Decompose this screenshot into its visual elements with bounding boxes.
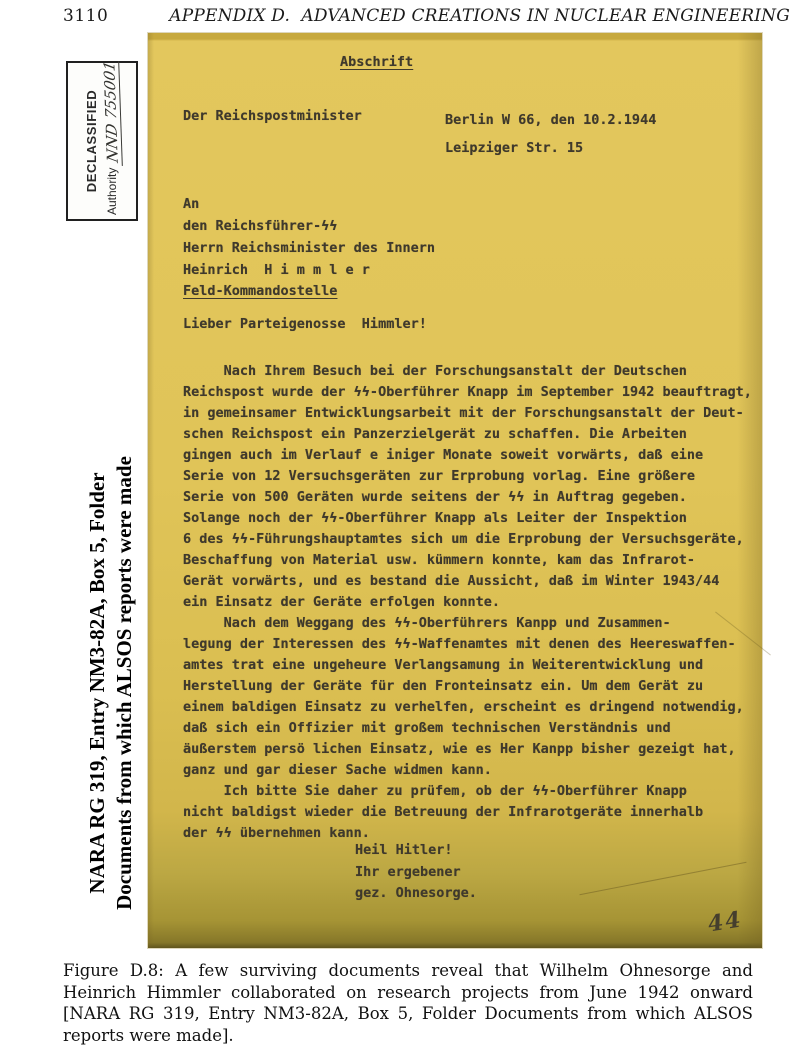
letter-salutation: Lieber Parteigenosse Himmler! xyxy=(183,314,427,335)
letter-recipient-block: An den Reichsführer-ϟϟ Herrn Reichsminis… xyxy=(183,193,435,281)
figure-caption: Figure D.8: A few surviving documents re… xyxy=(63,960,753,1045)
archive-citation-vertical: NARA RG 319, Entry NM3-82A, Box 5, Folde… xyxy=(84,425,141,941)
letter-recipient-office: Feld-Kommandostelle xyxy=(183,281,337,302)
stamp-title: DECLASSIFIED xyxy=(84,67,99,215)
book-page: 3110 APPENDIX D. ADVANCED CREATIONS IN N… xyxy=(0,0,812,1045)
declassified-stamp: DECLASSIFIED Authority NND 755001 xyxy=(64,51,148,223)
running-head: 3110 APPENDIX D. ADVANCED CREATIONS IN N… xyxy=(63,6,790,26)
scanned-letter: Abschrift Der Reichspostminister Berlin … xyxy=(148,33,762,948)
paper-crease xyxy=(579,862,746,895)
letter-doc-type: Abschrift xyxy=(340,52,413,73)
letter-sender: Der Reichspostminister xyxy=(183,106,362,127)
stamp-authority-label: Authority xyxy=(105,168,119,215)
letter-closing: Heil Hitler! Ihr ergebener gez. Ohnesorg… xyxy=(355,840,477,905)
declassified-stamp-box: DECLASSIFIED Authority NND 755001 xyxy=(66,61,138,221)
stamp-authority-line: Authority NND 755001 xyxy=(102,67,121,215)
handwritten-page-number: 44 xyxy=(706,906,744,937)
page-number: 3110 xyxy=(63,6,108,26)
appendix-title: APPENDIX D. ADVANCED CREATIONS IN NUCLEA… xyxy=(169,6,790,26)
stamp-authority-number: NND 755001 xyxy=(100,58,123,166)
letter-place-date: Berlin W 66, den 10.2.1944 Leipziger Str… xyxy=(445,106,656,162)
letter-body: Nach Ihrem Besuch bei der Forschungsanst… xyxy=(183,361,752,844)
